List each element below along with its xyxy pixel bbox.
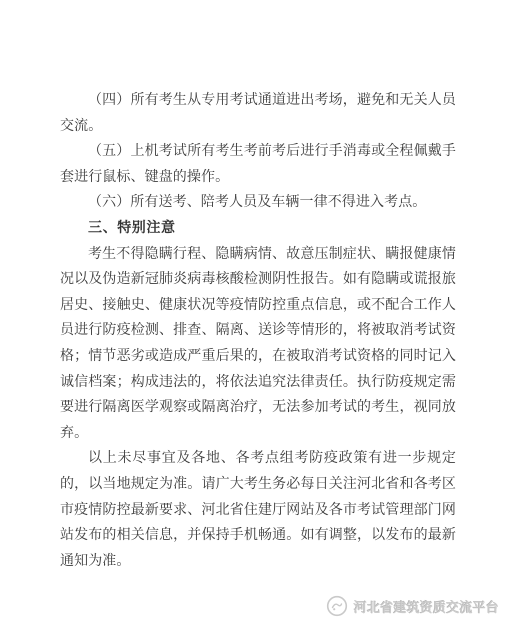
section-heading-special-notice: 三、特别注意 — [60, 216, 456, 242]
platform-name-text: 河北省建筑资质交流平台 — [354, 597, 499, 616]
clause-4-paragraph: （四）所有考生从专用考试通道进出考场，避免和无关人员交流。 — [60, 88, 456, 139]
platform-badge-icon — [326, 595, 348, 617]
clause-5-paragraph: （五）上机考试所有考生考前考后进行手消毒或全程佩戴手套进行鼠标、键盘的操作。 — [60, 139, 456, 190]
clause-6-paragraph: （六）所有送考、陪考人员及车辆一律不得进入考点。 — [60, 190, 456, 216]
document-page: （四）所有考生从专用考试通道进出考场，避免和无关人员交流。 （五）上机考试所有考… — [0, 0, 513, 625]
special-notice-paragraph: 考生不得隐瞒行程、隐瞒病情、故意压制症状、瞒报健康情况以及伪造新冠肺炎病毒核酸检… — [60, 242, 456, 447]
document-body: （四）所有考生从专用考试通道进出考场，避免和无关人员交流。 （五）上机考试所有考… — [60, 88, 456, 574]
platform-watermark: 河北省建筑资质交流平台 — [326, 595, 499, 617]
closing-paragraph: 以上未尽事宜及各地、各考点组考防疫政策有进一步规定的，以当地规定为准。请广大考生… — [60, 446, 456, 574]
